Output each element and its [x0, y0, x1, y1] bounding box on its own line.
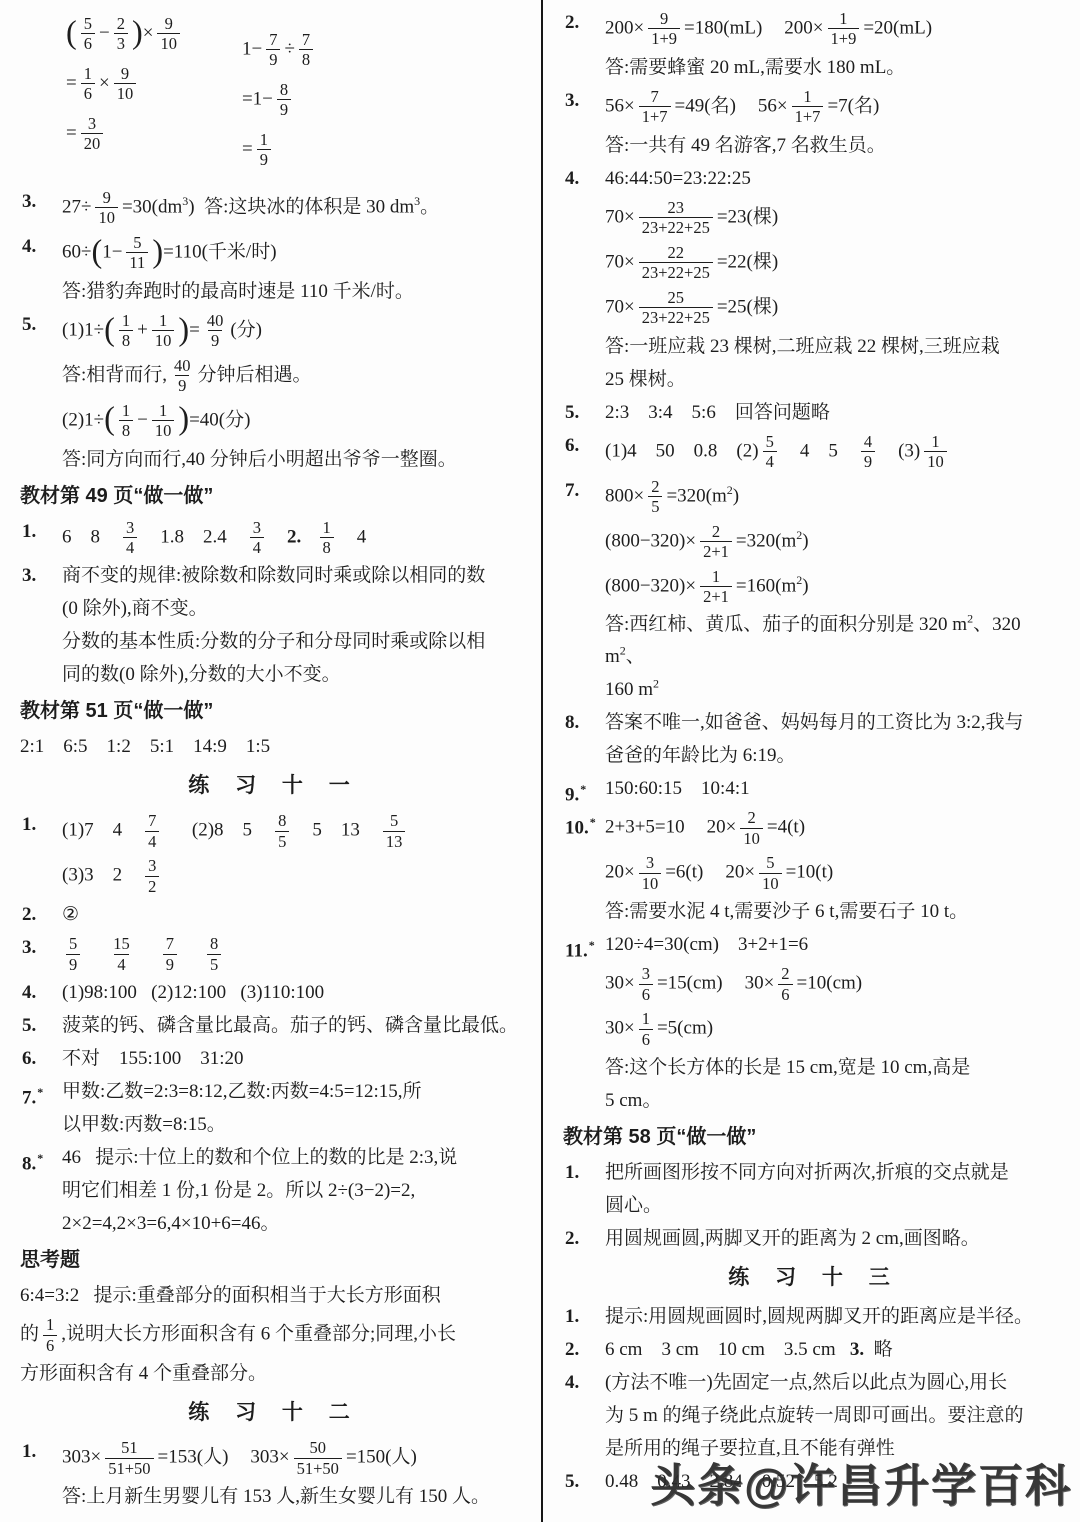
text-run: 、	[626, 646, 645, 667]
text-run: 的	[20, 1324, 39, 1345]
fraction-denominator: 5	[207, 954, 221, 974]
fraction-denominator: 3	[114, 33, 128, 53]
item-number: 3.	[22, 186, 36, 218]
fraction: 89	[277, 80, 291, 120]
fraction-denominator: 10	[114, 83, 137, 103]
fraction-numerator: 1	[320, 518, 334, 537]
fraction-denominator: 4	[114, 954, 128, 974]
answer-line: 6.(1)4 50 0.8 (2)54 4 5 49 (3)110	[563, 430, 1065, 474]
text-run: )	[802, 575, 808, 596]
text-run: 为 5 m 的绳子绕此点旋转一周即可画出。要注意的	[605, 1405, 1024, 1426]
fraction-denominator: 10	[740, 828, 763, 848]
fraction-denominator: 20	[81, 133, 104, 153]
answer-line: 5 cm。	[563, 1085, 1065, 1117]
text-run: =49(名)	[675, 95, 736, 116]
text-run: 150:60:15 10:4:1	[605, 778, 750, 799]
answer-line: 1.提示:用圆规画圆时,圆规两脚叉开的距离应是半径。	[563, 1301, 1065, 1333]
text-run: 练 习 十 三	[728, 1266, 900, 1289]
math-line: =320	[66, 112, 184, 156]
fraction-denominator: 1+7	[792, 106, 824, 126]
answer-line: 11.*120÷4=30(cm) 3+2+1=6	[563, 929, 1065, 961]
fraction-denominator: 6	[43, 1335, 57, 1355]
text-run: =10(cm)	[797, 973, 863, 994]
fraction-numerator: 40	[171, 356, 194, 375]
answer-line: 以甲数:丙数=8:15。	[20, 1109, 528, 1141]
item-number: 3.	[22, 932, 36, 964]
fraction-denominator: 23+22+25	[639, 262, 713, 282]
fraction: 19	[257, 130, 271, 170]
text-run: =25(棵)	[717, 296, 778, 317]
answer-line: 1.6 8 34 1.8 2.4 34 2. 18 4	[20, 516, 528, 560]
answer-line: 2.200×91+9=180(mL)200×11+9=20(mL)	[563, 7, 1065, 51]
answer-line: 30×36=15(cm)30×26=10(cm)	[563, 962, 1065, 1006]
text-run: =4(t)	[767, 817, 805, 838]
fraction-numerator: 7	[266, 30, 280, 49]
fraction-numerator: 25	[665, 288, 688, 307]
fraction: 510	[759, 853, 782, 893]
fraction-denominator: 8	[119, 330, 133, 350]
math-working-b: 1−79÷78=1−89=19	[242, 6, 317, 178]
math-line: (56−23)×910	[66, 12, 184, 56]
fraction-numerator: 3	[250, 518, 264, 537]
fraction-numerator: 8	[277, 80, 291, 99]
answer-line: 答:相背而行,409分钟后相遇。	[20, 354, 528, 398]
fraction-numerator: 3	[639, 964, 653, 983]
fraction-denominator: 10	[95, 207, 118, 227]
item-number: 2.	[22, 899, 36, 931]
inline-item-number: 3.	[850, 1339, 864, 1360]
answer-line: 的16,说明大长方形面积含有 6 个重叠部分;同理,小长	[20, 1313, 528, 1357]
big-paren: )	[152, 233, 163, 269]
text-run: =	[66, 72, 77, 93]
fraction: 310	[639, 853, 662, 893]
answer-line: 答:这个长方体的长是 15 cm,宽是 10 cm,高是	[563, 1052, 1065, 1084]
text-run: =22(棵)	[717, 251, 778, 272]
fraction-denominator: 8	[320, 537, 334, 557]
fraction-denominator: 2+1	[700, 586, 732, 606]
fraction-denominator: 6	[639, 1029, 653, 1049]
text-run: (2)1÷	[62, 409, 104, 430]
text-run: 答:一共有 49 名游客,7 名救生员。	[605, 135, 886, 156]
text-run: 把所画图形按不同方向对折两次,折痕的交点就是	[605, 1162, 1009, 1183]
text-run: 答:这个长方体的长是 15 cm,宽是 10 cm,高是	[605, 1057, 970, 1078]
text-run: 6:4=3:2 提示:重叠部分的面积相当于大长方形面积	[20, 1285, 441, 1306]
watermark: 头条@许昌升学百科	[650, 1449, 1072, 1514]
text-run: 明它们相差 1 份,1 份是 2。所以 2÷(3−2)=2,	[62, 1180, 415, 1201]
text-run: 20×	[725, 862, 755, 883]
answer-line: 2:1 6:5 1:2 5:1 14:9 1:5	[20, 731, 528, 763]
fraction-denominator: 10	[152, 330, 175, 350]
fraction-numerator: 7	[299, 30, 313, 49]
fraction-denominator: 2+1	[700, 541, 732, 561]
fraction-numerator: 2	[648, 477, 662, 496]
text-run: 70×	[605, 251, 635, 272]
fraction: 23	[114, 14, 128, 54]
fraction-numerator: 2	[114, 14, 128, 33]
text-run: ×	[143, 22, 154, 43]
fraction-denominator: 10	[157, 33, 180, 53]
text-run: 教材第 49 页“做一做”	[20, 485, 213, 507]
text-run: 不对 155:100 31:20	[62, 1048, 244, 1069]
answer-line: 1.把所画图形按不同方向对折两次,折痕的交点就是	[563, 1157, 1065, 1189]
fraction: 59	[66, 934, 80, 974]
fraction-denominator: 6	[778, 984, 792, 1004]
section-heading: 教材第 58 页“做一做”	[563, 1121, 1065, 1153]
answer-key-page: (56−23)×910=16×910=3201−79÷78=1−89=193.2…	[0, 0, 1080, 1522]
text-run: 46:44:50=23:22:25	[605, 168, 751, 189]
answer-line: 方形面积含有 4 个重叠部分。	[20, 1358, 528, 1390]
fraction: 320	[81, 114, 104, 154]
text-run: 答:猎豹奔跑时的最高时速是 110 千米/时。	[62, 281, 414, 302]
fraction-denominator: 23+22+25	[639, 217, 713, 237]
fraction-numerator: 23	[665, 198, 688, 217]
fraction-numerator: 1	[43, 1315, 57, 1334]
text-run: 。	[420, 196, 439, 217]
answer-line: 3.56×71+7=49(名)56×11+7=7(名)	[563, 85, 1065, 129]
text-run: 27÷	[62, 196, 91, 217]
fraction-denominator: 9	[175, 375, 189, 395]
fraction: 910	[95, 188, 118, 228]
item-number: 4.	[565, 1367, 579, 1399]
fraction-denominator: 4	[145, 831, 159, 851]
text-run: =	[189, 319, 200, 340]
fraction: 11+7	[792, 87, 824, 127]
column-divider	[541, 0, 543, 1522]
fraction: 16	[639, 1009, 653, 1049]
text-run: 20×	[605, 862, 635, 883]
text-run: 1−	[242, 38, 262, 59]
fraction: 79	[163, 934, 177, 974]
fraction-numerator: 1	[928, 432, 942, 451]
fraction-numerator: 2	[778, 964, 792, 983]
fraction-denominator: 10	[152, 420, 175, 440]
math-line: =16×910	[66, 62, 184, 106]
fraction: 5051+50	[294, 1438, 342, 1478]
text-run: 以甲数:丙数=8:15。	[62, 1114, 226, 1135]
fraction: 513	[383, 811, 406, 851]
fraction: 36	[639, 964, 653, 1004]
text-run: 答:相背而行,	[62, 364, 167, 385]
fraction: 154	[110, 934, 133, 974]
fraction-denominator: 10	[924, 451, 947, 471]
text-run: ×	[99, 72, 110, 93]
text-run: 教材第 58 页“做一做”	[563, 1126, 756, 1148]
text-run: 160 m	[605, 679, 653, 700]
item-number: 6.	[22, 1043, 36, 1075]
fraction-denominator: 1+9	[648, 28, 680, 48]
fraction-numerator: 1	[836, 9, 850, 28]
item-number: 4.	[565, 163, 579, 195]
item-number: 6.	[565, 430, 579, 462]
item-number: 2.	[565, 7, 579, 39]
answer-line: (3)3 2 32	[20, 854, 528, 898]
answer-line: 8.答案不唯一,如爸爸、妈妈每月的工资比为 3:2,我与	[563, 707, 1065, 739]
text-run: 30×	[745, 973, 775, 994]
answer-line: 70×2223+22+25=22(棵)	[563, 241, 1065, 285]
text-run: (1)1÷	[62, 319, 104, 340]
answer-line: 同的数(0 除外),分数的大小不变。	[20, 659, 528, 691]
math-line: =1−89	[242, 78, 317, 122]
text-run: 6 8	[62, 526, 119, 547]
big-paren: )	[178, 311, 189, 347]
answer-line: 6.不对 155:100 31:20	[20, 1043, 528, 1075]
fraction: 74	[145, 811, 159, 851]
fraction-numerator: 50	[307, 1438, 330, 1457]
item-number: 2.	[565, 1334, 579, 1366]
answer-line: 25 棵树。	[563, 364, 1065, 396]
item-number: 2.	[565, 1223, 579, 1255]
answer-line: 答:西红柿、黄瓜、茄子的面积分别是 320 m2、320 m2、	[563, 609, 1065, 673]
item-number: 7.	[565, 475, 579, 507]
fraction: 56	[81, 14, 95, 54]
fraction-denominator: 6	[639, 984, 653, 1004]
text-run: =5(cm)	[657, 1018, 713, 1039]
text-run: 答案不唯一,如爸爸、妈妈每月的工资比为 3:2,我与	[605, 712, 1024, 733]
text-run: 5 cm。	[605, 1090, 661, 1111]
text-run: 70×	[605, 206, 635, 227]
answer-line: 3.591547985	[20, 932, 528, 976]
text-run: 56×	[605, 95, 635, 116]
fraction: 16	[81, 64, 95, 104]
text-run: 思考题	[20, 1249, 80, 1271]
text-run: =320(m	[736, 530, 796, 551]
fraction-denominator: 9	[208, 330, 222, 350]
answer-line: 答:猎豹奔跑时的最高时速是 110 千米/时。	[20, 276, 528, 308]
fraction-numerator: 9	[100, 188, 114, 207]
right-column: 2.200×91+9=180(mL)200×11+9=20(mL)答:需要蜂蜜 …	[563, 6, 1065, 1499]
fraction-numerator: 1	[119, 311, 133, 330]
answer-line: 2.用圆规画圆,两脚叉开的距离为 2 cm,画图略。	[563, 1223, 1065, 1255]
fraction-denominator: 5	[648, 496, 662, 516]
fraction-numerator: 3	[123, 518, 137, 537]
text-run: −	[137, 409, 148, 430]
fraction-numerator: 1	[800, 87, 814, 106]
fraction: 110	[152, 311, 175, 351]
fraction-numerator: 9	[118, 64, 132, 83]
fraction-numerator: 7	[648, 87, 662, 106]
fraction: 5151+50	[105, 1438, 153, 1478]
answer-line: 4.60÷(1−511)=110(千米/时)	[20, 231, 528, 275]
answer-line: 5.(1)1÷(18+110)=409(分)	[20, 309, 528, 353]
fraction-numerator: 3	[145, 856, 159, 875]
answer-line: (2)1÷(18−110)=40(分)	[20, 399, 528, 443]
text-run: 答:上月新生男婴儿有 153 人,新生女婴儿有 150 人。	[62, 1486, 490, 1507]
big-paren: )	[178, 400, 189, 436]
fraction-denominator: 4	[763, 451, 777, 471]
fraction-numerator: 8	[207, 934, 221, 953]
text-run: =	[242, 138, 253, 159]
text-run: (2)8 5	[163, 820, 271, 841]
answer-line: 4.(1)98:100 (2)12:100 (3)110:100	[20, 977, 528, 1009]
fraction: 11+9	[828, 9, 860, 49]
text-run: 70×	[605, 296, 635, 317]
answer-line: 10.*2+3+5=1020×210=4(t)	[563, 806, 1065, 850]
fraction: 910	[114, 64, 137, 104]
text-run: =30(dm	[122, 196, 182, 217]
star-mark: *	[37, 1085, 43, 1099]
answer-line: 4.(方法不唯一)先固定一点,然后以此点为圆心,用长	[563, 1367, 1065, 1399]
math-working-a: (56−23)×910=16×910=320	[66, 6, 184, 178]
big-paren: (	[104, 400, 115, 436]
item-number: 1.	[22, 809, 36, 841]
item-number: 5.	[22, 309, 36, 341]
text-run: ②	[62, 904, 79, 925]
answer-line: 3.商不变的规律:被除数和除数同时乘或除以相同的数	[20, 560, 528, 592]
section-heading: 思考题	[20, 1244, 528, 1276]
answer-line: 8.*46 提示:十位上的数和个位上的数的比是 2:3,说	[20, 1142, 528, 1174]
item-number: 5.	[565, 1466, 579, 1498]
text-run: 46 提示:十位上的数和个位上的数的比是 2:3,说	[62, 1147, 457, 1168]
answer-line: 答:同方向而行,40 分钟后小明超出爷爷一整圈。	[20, 444, 528, 476]
text-run: ) 答:这块冰的体积是 30 dm	[188, 196, 414, 217]
text-run: 分数的基本性质:分数的分子和分母同时乘或除以相	[62, 631, 485, 652]
fraction: 12+1	[700, 567, 732, 607]
fraction-denominator: 23+22+25	[639, 307, 713, 327]
text-run: 303×	[250, 1447, 289, 1468]
fraction-denominator: 9	[257, 149, 271, 169]
fraction-numerator: 5	[81, 14, 95, 33]
fraction: 85	[275, 811, 289, 851]
text-run: 25 棵树。	[605, 369, 686, 390]
fraction-numerator: 3	[643, 853, 657, 872]
text-run: (1)7 4	[62, 820, 141, 841]
answer-line: 70×2523+22+25=25(棵)	[563, 286, 1065, 330]
superscript: 2	[653, 677, 659, 691]
section-heading: 教材第 49 页“做一做”	[20, 480, 528, 512]
fraction-numerator: 22	[665, 243, 688, 262]
item-number: 3.	[22, 560, 36, 592]
fraction: 18	[119, 311, 133, 351]
text-run: =7(名)	[827, 95, 879, 116]
text-run: 提示:用圆规画圆时,圆规两脚叉开的距离应是半径。	[605, 1306, 1033, 1327]
text-run: 答:同方向而行,40 分钟后小明超出爷爷一整圈。	[62, 449, 457, 470]
text-run: 同的数(0 除外),分数的大小不变。	[62, 664, 341, 685]
answer-line: 2.②	[20, 899, 528, 931]
text-run: =150(人)	[346, 1447, 417, 1468]
item-number: 3.	[565, 85, 579, 117]
answer-line: 答:一共有 49 名游客,7 名救生员。	[563, 130, 1065, 162]
text-run: 菠菜的钙、磷含量比最高。茄子的钙、磷含量比最低。	[62, 1015, 518, 1036]
inline-item-number: 2.	[287, 526, 301, 547]
text-run: (0 除外),商不变。	[62, 598, 208, 619]
fraction-denominator: 8	[119, 420, 133, 440]
fraction-numerator: 15	[110, 934, 133, 953]
fraction: 910	[157, 14, 180, 54]
big-paren: )	[132, 14, 143, 50]
text-run: +	[137, 319, 148, 340]
text-run: 答:西红柿、黄瓜、茄子的面积分别是 320 m	[605, 614, 967, 635]
answer-line: 30×16=5(cm)	[563, 1007, 1065, 1051]
fraction-numerator: 1	[639, 1009, 653, 1028]
text-run: =110(千米/时)	[163, 241, 276, 262]
math-working-columns: (56−23)×910=16×910=3201−79÷78=1−89=19	[20, 6, 528, 178]
text-run: 1.8 2.4	[141, 526, 246, 547]
text-run: 5 13	[293, 820, 379, 841]
fraction-denominator: 11	[126, 252, 148, 272]
text-run: 800×	[605, 485, 644, 506]
text-run: 30×	[605, 973, 635, 994]
answer-line: 70×2323+22+25=23(棵)	[563, 196, 1065, 240]
answer-line: 答:上月新生男婴儿有 153 人,新生女婴儿有 150 人。	[20, 1481, 528, 1513]
fraction: 409	[204, 311, 227, 351]
text-run: ÷	[284, 38, 294, 59]
answer-line: 7.800×25=320(m2)	[563, 475, 1065, 519]
fraction-numerator: 1	[156, 401, 170, 420]
text-run: =10(t)	[786, 862, 834, 883]
fraction-denominator: 4	[250, 537, 264, 557]
text-run	[301, 526, 315, 547]
text-run: (3)	[879, 440, 920, 461]
fraction: 78	[299, 30, 313, 70]
fraction-denominator: 9	[861, 451, 875, 471]
text-run: =153(人)	[158, 1447, 229, 1468]
fraction-numerator: 2	[745, 808, 759, 827]
text-run: 120÷4=30(cm) 3+2+1=6	[605, 934, 808, 955]
fraction-denominator: 6	[81, 83, 95, 103]
text-run: 6 cm 3 cm 10 cm 3.5 cm	[605, 1339, 850, 1360]
fraction-denominator: 13	[383, 831, 406, 851]
fraction-numerator: 3	[85, 114, 99, 133]
fraction-denominator: 4	[123, 537, 137, 557]
fraction: 34	[123, 518, 137, 558]
fraction: 49	[861, 432, 875, 472]
fraction: 26	[778, 964, 792, 1004]
fraction-numerator: 5	[66, 934, 80, 953]
text-run: )	[733, 485, 739, 506]
text-run: 56×	[758, 95, 788, 116]
text-run: =160(m	[736, 575, 796, 596]
text-run: (3)3 2	[62, 865, 141, 886]
star-mark: *	[37, 1151, 43, 1165]
text-run: 200×	[784, 17, 823, 38]
text-run: 教材第 51 页“做一做”	[20, 700, 213, 722]
item-number: 5.	[565, 397, 579, 429]
text-run: 2+3+5=10	[605, 817, 685, 838]
exercise-title: 练 习 十 一	[20, 770, 528, 802]
answer-line: 2.6 cm 3 cm 10 cm 3.5 cm 3. 略	[563, 1334, 1065, 1366]
fraction-denominator: 9	[277, 99, 291, 119]
left-column: (56−23)×910=16×910=3201−79÷78=1−89=193.2…	[20, 6, 528, 1514]
fraction-denominator: 9	[266, 49, 280, 69]
fraction-numerator: 5	[763, 432, 777, 451]
fraction-numerator: 1	[257, 130, 271, 149]
fraction-numerator: 5	[763, 853, 777, 872]
item-number: 5.	[22, 1010, 36, 1042]
text-run: =180(mL)	[684, 17, 762, 38]
text-run: 答:需要水泥 4 t,需要沙子 6 t,需要石子 10 t。	[605, 901, 968, 922]
fraction-denominator: 1+9	[828, 28, 860, 48]
star-mark: *	[580, 782, 586, 796]
fraction: 18	[119, 401, 133, 441]
exercise-title: 练 习 十 二	[20, 1397, 528, 1429]
text-run: 圆心。	[605, 1195, 662, 1216]
fraction: 16	[43, 1315, 57, 1355]
fraction-numerator: 5	[130, 233, 144, 252]
text-run: (方法不唯一)先固定一点,然后以此点为圆心,用长	[605, 1372, 1007, 1393]
text-run: (分)	[230, 319, 262, 340]
fraction-denominator: 10	[759, 873, 782, 893]
text-run: 60÷	[62, 241, 91, 262]
fraction: 110	[924, 432, 947, 472]
text-run: 甲数:乙数=2:3=8:12,乙数:丙数=4:5=12:15,所	[62, 1081, 422, 1102]
answer-line: 4.46:44:50=23:22:25	[563, 163, 1065, 195]
text-run: 303×	[62, 1447, 101, 1468]
text-run	[268, 526, 287, 547]
fraction-denominator: 2	[145, 876, 159, 896]
text-run: =	[66, 122, 77, 143]
answer-line: 20×310=6(t)20×510=10(t)	[563, 851, 1065, 895]
fraction: 22+1	[700, 522, 732, 562]
